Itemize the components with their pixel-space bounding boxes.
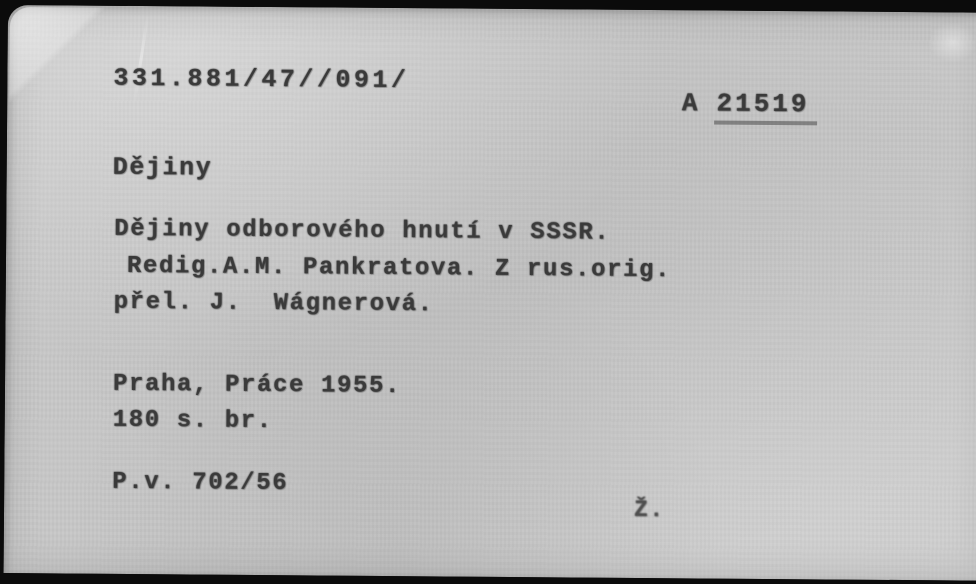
catalog-card: 331.881/47//091/ A21519 Dějiny Dějiny od… xyxy=(4,5,976,581)
title-line-3: přel. J. Wágnerová. xyxy=(114,289,434,319)
accession-prefix: A xyxy=(682,88,701,118)
subject-heading: Dějiny xyxy=(113,153,213,183)
classification-number: 331.881/47//091/ xyxy=(113,64,409,95)
title-line-1: Dějiny odborového hnutí v SSSR. xyxy=(114,216,610,247)
accession-value: 21519 xyxy=(714,89,817,126)
cataloguer-mark: Ž. xyxy=(634,497,665,523)
title-line-2: Redig.A.M. Pankratova. Z rus.orig. xyxy=(127,253,671,284)
control-number: P.v. 702/56 xyxy=(112,469,288,497)
card-crease xyxy=(928,22,976,62)
collation-line: 180 s. br. xyxy=(113,407,273,435)
accession-number: A21519 xyxy=(570,57,818,155)
card-corner-fold xyxy=(9,7,130,118)
scanner-background: 331.881/47//091/ A21519 Dějiny Dějiny od… xyxy=(0,0,976,584)
imprint-line: Praha, Práce 1955. xyxy=(113,371,401,400)
